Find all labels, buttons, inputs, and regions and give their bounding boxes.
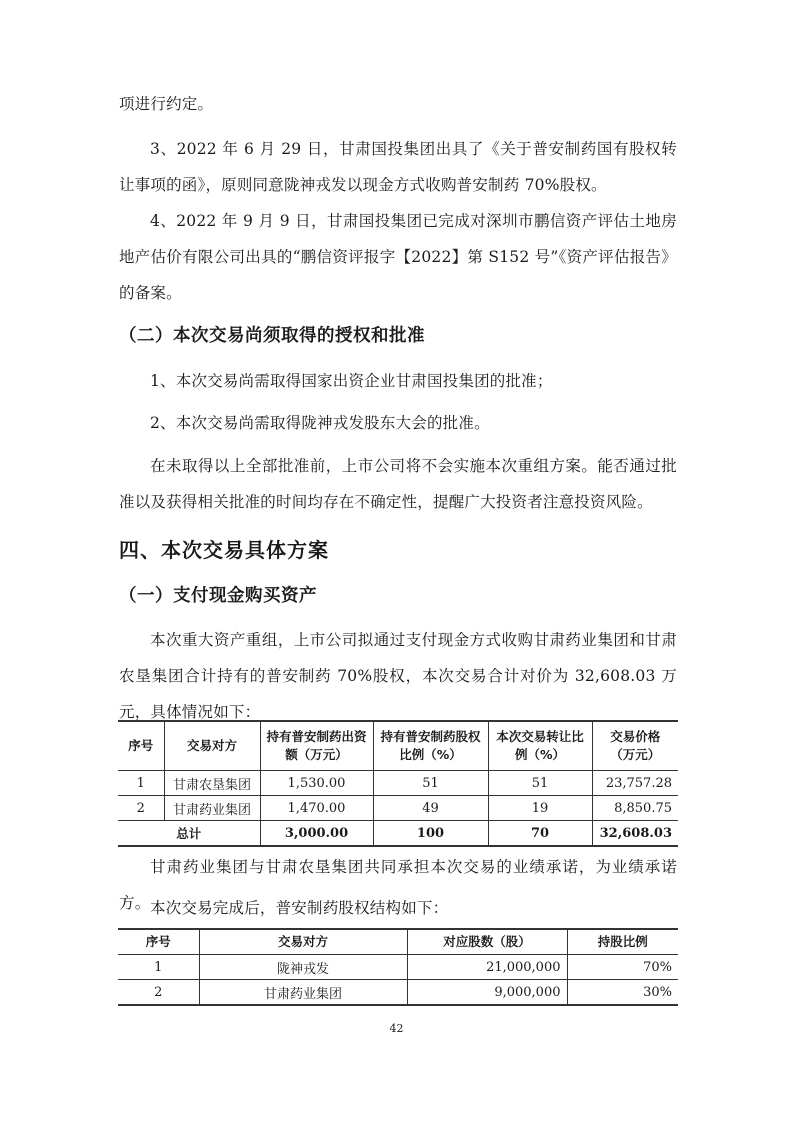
paragraph-item-4: 4、2022 年 9 月 9 日，甘肃国投集团已完成对深圳市鹏信资产评估土地房地… xyxy=(119,203,677,311)
cell-total-price: 32,608.03 xyxy=(592,821,678,847)
col-header-shares: 对应股数（股） xyxy=(407,929,567,955)
table-row: 2 甘肃药业集团 1,470.00 49 19 8,850.75 xyxy=(118,796,678,821)
table-row: 1 甘肃农垦集团 1,530.00 51 51 23,757.28 xyxy=(118,771,678,796)
page-number: 42 xyxy=(0,1022,793,1035)
cell-shares: 21,000,000 xyxy=(407,955,567,980)
cell-transfer-ratio: 51 xyxy=(488,771,592,796)
cell-price: 8,850.75 xyxy=(592,796,678,821)
table-row: 2 甘肃药业集团 9,000,000 30% xyxy=(118,980,678,1006)
table-total-row: 总计 3,000.00 100 70 32,608.03 xyxy=(118,821,678,847)
cell-index: 2 xyxy=(118,980,199,1006)
section-heading-approvals: （二）本次交易尚须取得的授权和批准 xyxy=(119,322,425,347)
cell-holding-ratio: 30% xyxy=(567,980,678,1006)
transaction-table: 序号 交易对方 持有普安制药出资额（万元） 持有普安制药股权比例（%） 本次交易… xyxy=(118,720,678,847)
paragraph-continuation: 项进行约定。 xyxy=(119,86,677,122)
table-row: 1 陇神戎发 21,000,000 70% xyxy=(118,955,678,980)
cell-counterparty: 陇神戎发 xyxy=(199,955,407,980)
cell-total-transfer-ratio: 70 xyxy=(488,821,592,847)
col-header-transfer-ratio: 本次交易转让比例（%） xyxy=(488,721,592,771)
col-header-price: 交易价格（万元） xyxy=(592,721,678,771)
cell-shares: 9,000,000 xyxy=(407,980,567,1006)
cell-counterparty: 甘肃药业集团 xyxy=(164,796,260,821)
table-header-row: 序号 交易对方 对应股数（股） 持股比例 xyxy=(118,929,678,955)
cell-transfer-ratio: 19 xyxy=(488,796,592,821)
equity-structure-table: 序号 交易对方 对应股数（股） 持股比例 1 陇神戎发 21,000,000 7… xyxy=(118,928,678,1006)
cell-equity-ratio: 51 xyxy=(373,771,488,796)
cell-total-equity-ratio: 100 xyxy=(373,821,488,847)
table-header-row: 序号 交易对方 持有普安制药出资额（万元） 持有普安制药股权比例（%） 本次交易… xyxy=(118,721,678,771)
col-header-counterparty: 交易对方 xyxy=(199,929,407,955)
approval-item-2: 2、本次交易尚需取得陇神戎发股东大会的批准。 xyxy=(119,405,677,441)
risk-note: 在未取得以上全部批准前，上市公司将不会实施本次重组方案。能否通过批准以及获得相关… xyxy=(119,448,677,520)
cell-index: 2 xyxy=(118,796,164,821)
approval-item-1: 1、本次交易尚需取得国家出资企业甘肃国投集团的批准； xyxy=(119,363,677,399)
equity-structure-intro: 本次交易完成后，普安制药股权结构如下： xyxy=(119,890,677,926)
cell-counterparty: 甘肃农垦集团 xyxy=(164,771,260,796)
cell-total-capital: 3,000.00 xyxy=(260,821,373,847)
section-heading-plan: 四、本次交易具体方案 xyxy=(119,534,329,563)
col-header-capital: 持有普安制药出资额（万元） xyxy=(260,721,373,771)
cell-total-label: 总计 xyxy=(118,821,260,847)
col-header-index: 序号 xyxy=(118,721,164,771)
cell-capital: 1,530.00 xyxy=(260,771,373,796)
cell-index: 1 xyxy=(118,955,199,980)
col-header-equity-ratio: 持有普安制药股权比例（%） xyxy=(373,721,488,771)
col-header-holding-ratio: 持股比例 xyxy=(567,929,678,955)
subsection-heading-cash-purchase: （一）支付现金购买资产 xyxy=(119,582,317,607)
cell-equity-ratio: 49 xyxy=(373,796,488,821)
cell-capital: 1,470.00 xyxy=(260,796,373,821)
purchase-intro: 本次重大资产重组，上市公司拟通过支付现金方式收购甘肃药业集团和甘肃农垦集团合计持… xyxy=(119,622,677,730)
cell-counterparty: 甘肃药业集团 xyxy=(199,980,407,1006)
paragraph-item-3: 3、2022 年 6 月 29 日，甘肃国投集团出具了《关于普安制药国有股权转让… xyxy=(119,131,677,203)
cell-price: 23,757.28 xyxy=(592,771,678,796)
cell-index: 1 xyxy=(118,771,164,796)
col-header-counterparty: 交易对方 xyxy=(164,721,260,771)
col-header-index: 序号 xyxy=(118,929,199,955)
document-page: 项进行约定。 3、2022 年 6 月 29 日，甘肃国投集团出具了《关于普安制… xyxy=(0,0,793,1122)
cell-holding-ratio: 70% xyxy=(567,955,678,980)
